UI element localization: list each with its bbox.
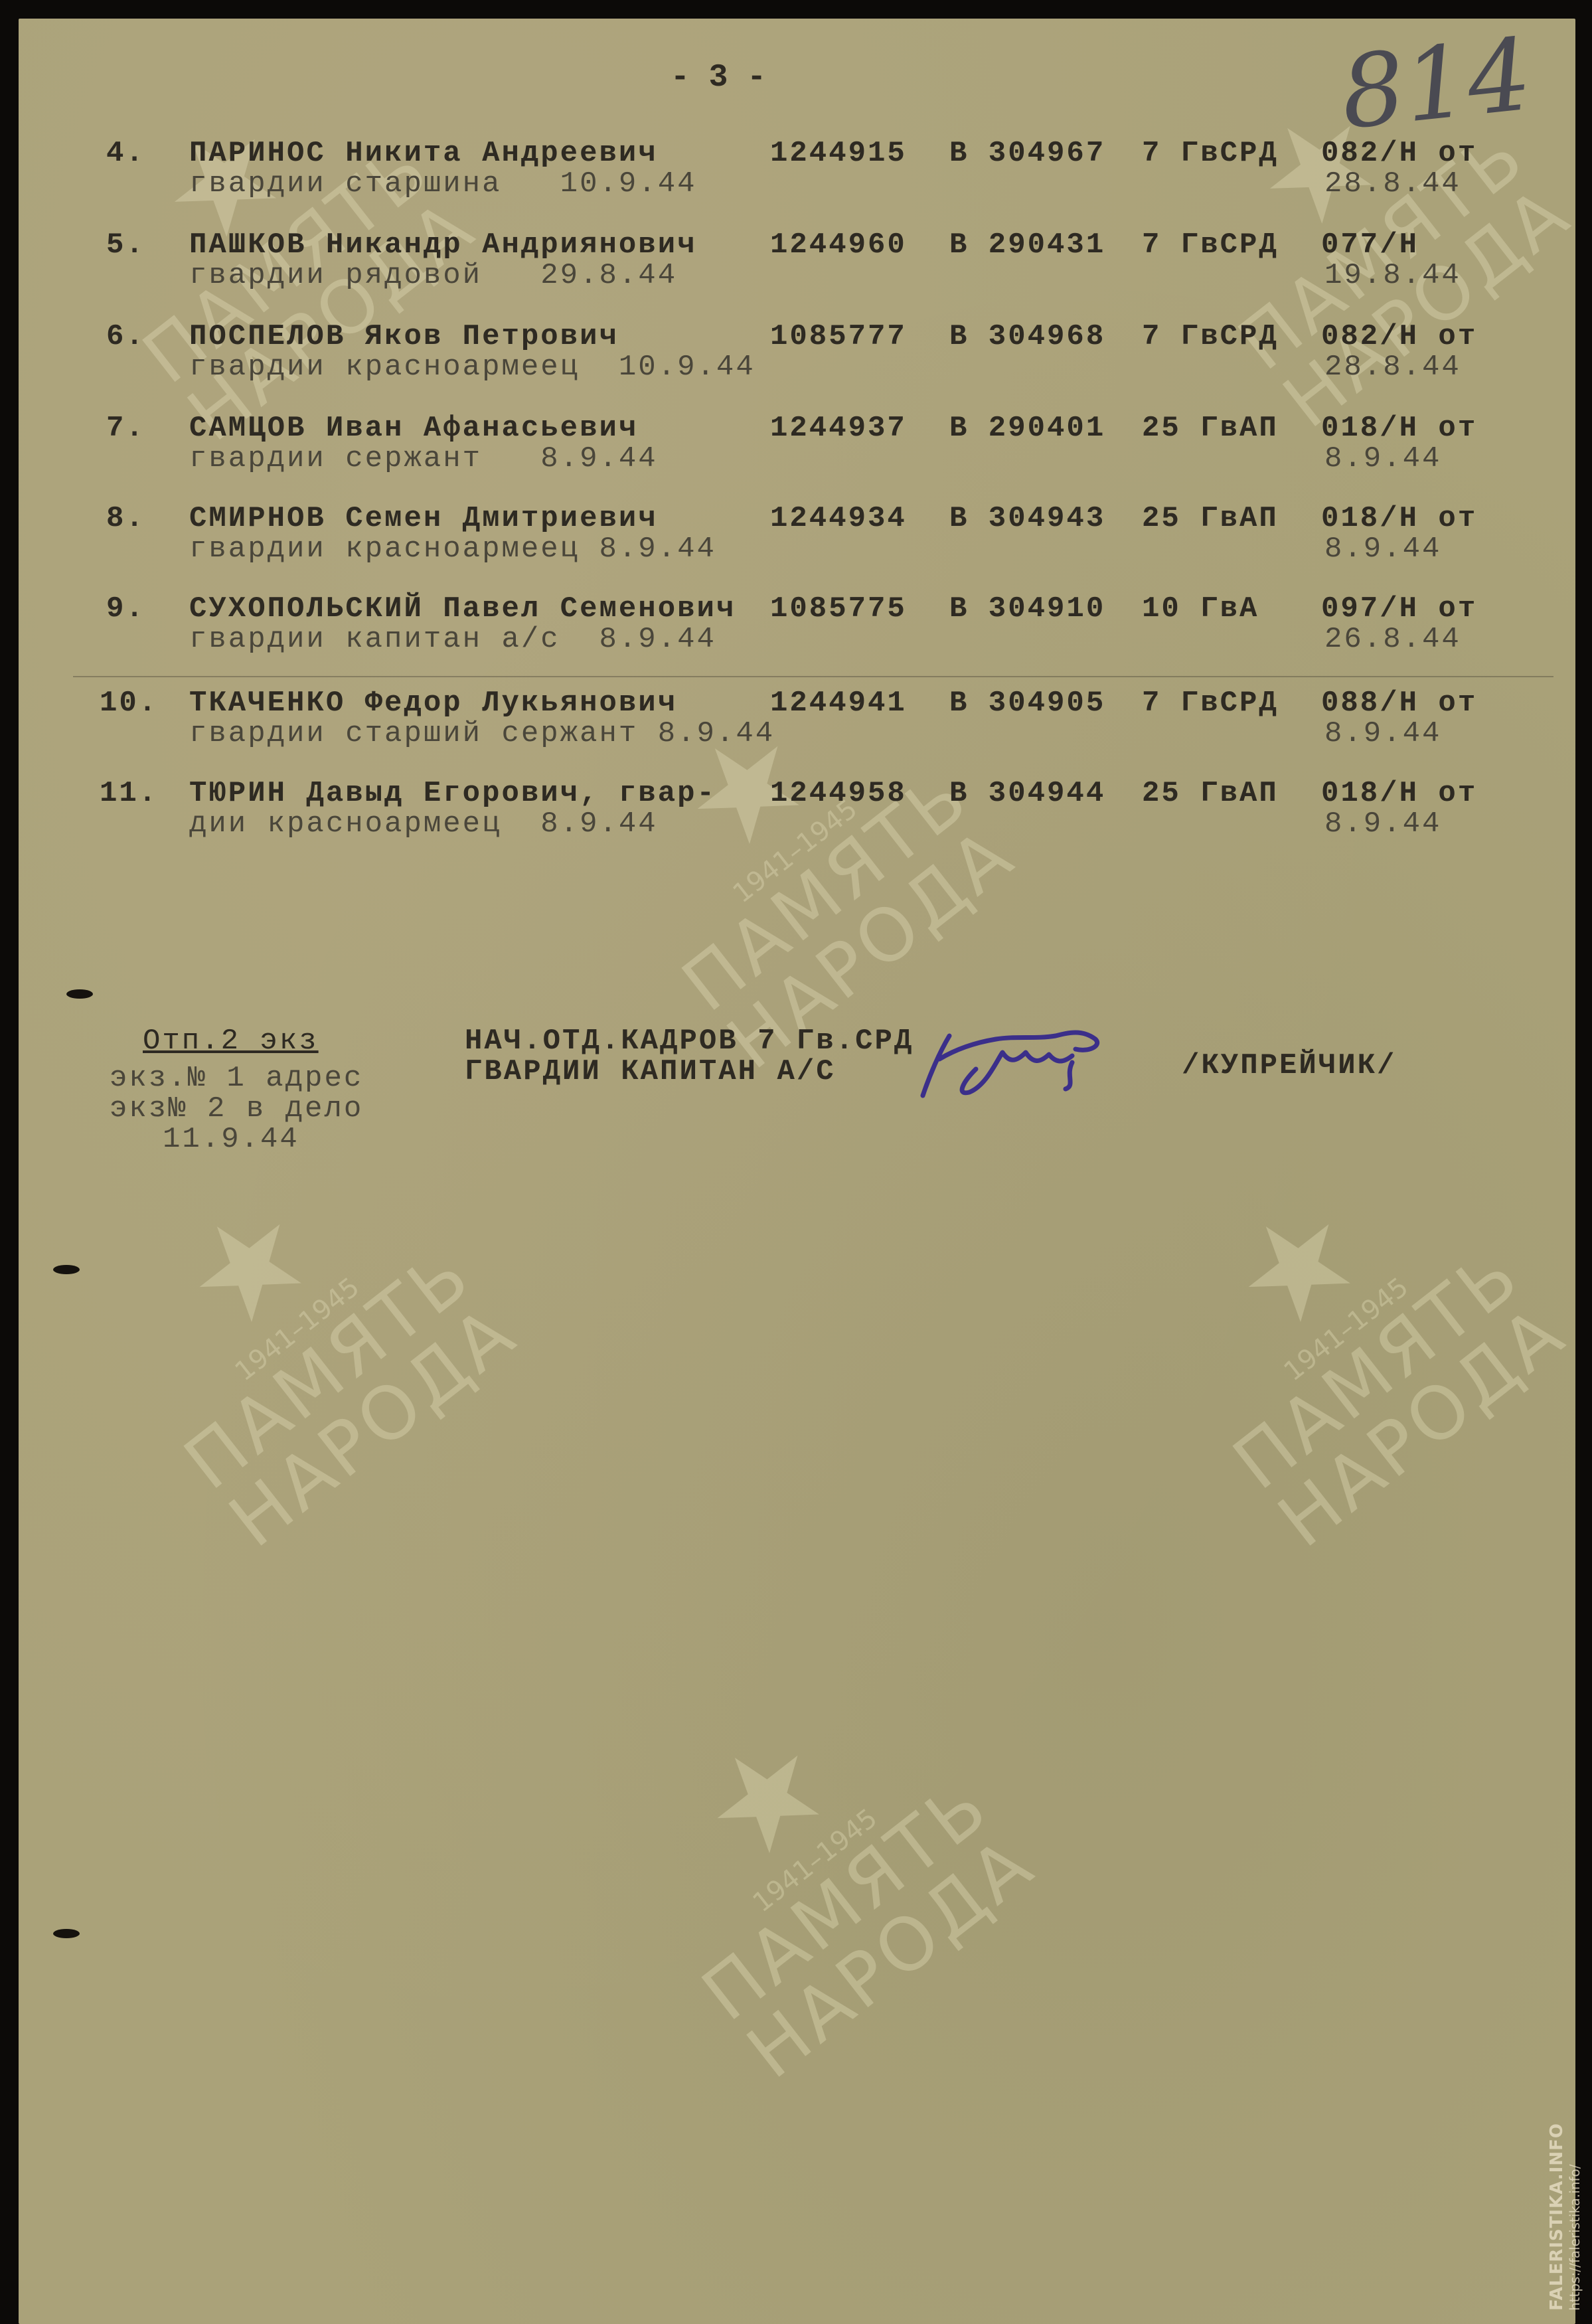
order-date: 28.8.44 — [1324, 352, 1461, 382]
unit: 7 ГвСРД — [1142, 230, 1279, 260]
divider — [73, 676, 1553, 677]
series-number: В 304967 — [949, 138, 1105, 169]
order-number: 088/Н от — [1321, 688, 1477, 718]
soldier-name: СМИРНОВ Семен Дмитриевич — [189, 503, 658, 534]
site-brand: FALERISTIKA.INFO — [1547, 2123, 1567, 2311]
rank-date: гвардии красноармеец 8.9.44 — [189, 534, 716, 564]
order-number: 018/Н от — [1321, 503, 1477, 534]
certificate-number: 1085777 — [770, 321, 907, 352]
soldier-name: ТКАЧЕНКО Федор Лукьянович — [189, 688, 677, 718]
unit: 7 ГвСРД — [1142, 138, 1279, 169]
site-url: https://faleristika.info/ — [1567, 2123, 1583, 2311]
row-number: 9. — [106, 594, 145, 624]
certificate-number: 1244941 — [770, 688, 907, 718]
unit: 25 ГвАП — [1142, 413, 1279, 444]
order-number: 082/Н от — [1321, 138, 1477, 169]
row-number: 11. — [100, 778, 158, 809]
archive-number: 814 — [1336, 17, 1537, 152]
order-number: 077/Н — [1321, 230, 1419, 260]
rank-date: гвардии сержант 8.9.44 — [189, 444, 658, 474]
soldier-name: ПАШКОВ Никандр Андриянович — [189, 230, 697, 260]
series-number: В 290401 — [949, 413, 1105, 444]
rank-date: гвардии рядовой 29.8.44 — [189, 260, 677, 291]
signatory-title: НАЧ.ОТД.КАДРОВ 7 Гв.СРД ГВАРДИИ КАПИТАН … — [465, 1026, 914, 1087]
series-number: В 304943 — [949, 503, 1105, 534]
order-date: 8.9.44 — [1324, 809, 1441, 839]
row-number: 4. — [106, 138, 145, 169]
soldier-name: САМЦОВ Иван Афанасьевич — [189, 413, 638, 444]
row-number: 5. — [106, 230, 145, 260]
table-row: 5. ПАШКОВ Никандр Андриянович гвардии ря… — [0, 230, 1592, 309]
certificate-number: 1244958 — [770, 778, 907, 809]
signer-name: /КУПРЕЙЧИК/ — [1182, 1050, 1396, 1081]
rank-date: гвардии капитан а/с 8.9.44 — [189, 624, 716, 655]
order-date: 28.8.44 — [1324, 169, 1461, 199]
soldier-name: ПОСПЕЛОВ Яков Петрович — [189, 321, 619, 352]
rank-date: гвардии старший сержант 8.9.44 — [189, 718, 775, 749]
unit: 7 ГвСРД — [1142, 688, 1279, 718]
series-number: В 304905 — [949, 688, 1105, 718]
table-row: 11. ТЮРИН Давыд Егорович, гвар- дии крас… — [0, 778, 1592, 858]
series-number: В 304910 — [949, 594, 1105, 624]
certificate-number: 1085775 — [770, 594, 907, 624]
rank-date: гвардии старшина 10.9.44 — [189, 169, 697, 199]
order-date: 19.8.44 — [1324, 260, 1461, 291]
distribution-note: Отп.2 экз экз.№ 1 адрес экз№ 2 в дело 11… — [110, 1026, 363, 1155]
table-row: 10. ТКАЧЕНКО Федор Лукьянович гвардии ст… — [0, 688, 1592, 768]
unit: 25 ГвАП — [1142, 503, 1279, 534]
unit: 10 ГвА — [1142, 594, 1259, 624]
site-watermark: FALERISTIKA.INFO https://faleristika.inf… — [1547, 2123, 1583, 2311]
rank-date: дии красноармеец 8.9.44 — [189, 809, 658, 839]
certificate-number: 1244937 — [770, 413, 907, 444]
signatory-title-line1: НАЧ.ОТД.КАДРОВ 7 Гв.СРД — [465, 1026, 914, 1056]
certificate-number: 1244915 — [770, 138, 907, 169]
copy-2-note: экз№ 2 в дело — [110, 1094, 363, 1124]
staple-mark — [53, 1265, 80, 1274]
copies-note: Отп.2 экз — [143, 1026, 396, 1056]
signatory-title-line2: ГВАРДИИ КАПИТАН А/С — [465, 1056, 914, 1087]
order-date: 8.9.44 — [1324, 718, 1441, 749]
row-number: 7. — [106, 413, 145, 444]
page-number: - 3 - — [671, 60, 766, 96]
order-number: 018/Н от — [1321, 778, 1477, 809]
table-row: 8. СМИРНОВ Семен Дмитриевич гвардии крас… — [0, 503, 1592, 583]
footer-date: 11.9.44 — [163, 1124, 416, 1155]
order-number: 018/Н от — [1321, 413, 1477, 444]
table-row: 7. САМЦОВ Иван Афанасьевич гвардии сержа… — [0, 413, 1592, 493]
soldier-name: СУХОПОЛЬСКИЙ Павел Семенович — [189, 594, 736, 624]
series-number: В 304944 — [949, 778, 1105, 809]
order-date: 8.9.44 — [1324, 534, 1441, 564]
unit: 25 ГвАП — [1142, 778, 1279, 809]
order-date: 8.9.44 — [1324, 444, 1441, 474]
rank-date: гвардии красноармеец 10.9.44 — [189, 352, 756, 382]
unit: 7 ГвСРД — [1142, 321, 1279, 352]
order-date: 26.8.44 — [1324, 624, 1461, 655]
copy-1-note: экз.№ 1 адрес — [110, 1063, 363, 1094]
table-row: 9. СУХОПОЛЬСКИЙ Павел Семенович гвардии … — [0, 594, 1592, 673]
series-number: В 304968 — [949, 321, 1105, 352]
certificate-number: 1244934 — [770, 503, 907, 534]
row-number: 6. — [106, 321, 145, 352]
handwritten-signature — [903, 1023, 1142, 1102]
order-number: 082/Н от — [1321, 321, 1477, 352]
certificate-number: 1244960 — [770, 230, 907, 260]
order-number: 097/Н от — [1321, 594, 1477, 624]
soldier-name: ПАРИНОС Никита Андреевич — [189, 138, 658, 169]
table-row: 4. ПАРИНОС Никита Андреевич гвардии стар… — [0, 138, 1592, 218]
row-number: 8. — [106, 503, 145, 534]
row-number: 10. — [100, 688, 158, 718]
staple-mark — [66, 989, 93, 999]
series-number: В 290431 — [949, 230, 1105, 260]
soldier-name: ТЮРИН Давыд Егорович, гвар- — [189, 778, 716, 809]
table-row: 6. ПОСПЕЛОВ Яков Петрович гвардии красно… — [0, 321, 1592, 401]
staple-mark — [53, 1929, 80, 1938]
